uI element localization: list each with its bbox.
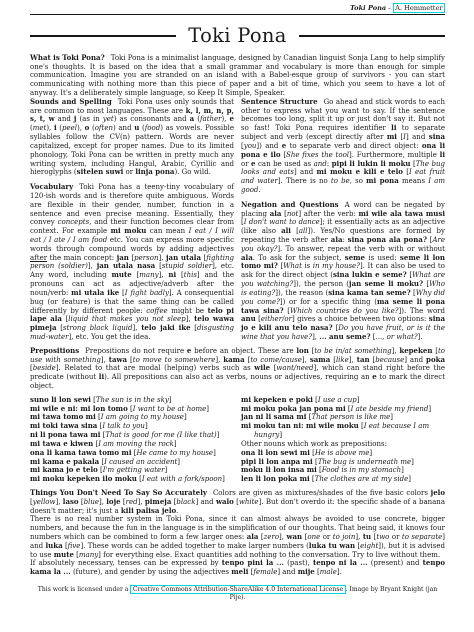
section-paragraph: VocabularyToki Pona has a teeny-tiny voc… [30,183,234,342]
text-segment: ] gives a choice between two options: [292,315,429,323]
running-header: Toki Pona - A. Hemmetter [30,3,445,14]
text-segment: stupid soldier [162,262,212,270]
text-segment: ona li lon sewi mi [241,448,310,457]
text-segment: Which countries do you like? [290,307,398,315]
text-segment: mi kepeken e poki [241,395,313,404]
text-segment: luka [45,541,62,550]
text-segment: jan [117,253,129,262]
text-segment: ], [138,498,145,506]
text-segment: mi wile e ni: mi lon tomo [30,404,128,413]
text-segment: ]. To answer, repeat the verb with or wi… [277,245,445,253]
prepositions-section: PrepositionsPrepositions do not require … [30,347,445,391]
text-segment: mi moku e kili e telo [317,167,403,176]
text-segment: ala [247,532,259,541]
text-segment: li [440,150,445,159]
text-segment: ], [88,262,97,270]
text-segment: male [320,568,337,576]
text-segment: mi kama e pakala [30,457,99,466]
text-segment: ]. Furthermore, multiple [349,151,440,159]
text-segment: I'm getting water [103,466,165,474]
text-segment: I don't want to dance [244,218,320,226]
text-segment: like [336,356,349,364]
text-segment: jelo [431,488,445,497]
text-segment: loje [106,497,120,506]
text-segment: ]. These words can be added together to … [80,542,308,550]
text-segment: ], [158,254,166,262]
text-segment: mi moku [111,226,147,235]
text-segment: ], [101,356,109,364]
text-segment: to come/cause [250,356,302,364]
text-segment: Prepositions do not require [85,347,187,355]
text-segment: ), [222,115,230,123]
text-segment: anu [241,314,256,323]
text-segment: Other nouns which work as prepositions: [241,440,387,448]
document-page: Toki Pona - A. Hemmetter Toki Pona What … [0,0,474,632]
text-segment: ] and [406,133,429,141]
text-segment: ] [428,405,431,413]
text-segment: ]) and [256,142,281,150]
text-segment: five [68,542,81,550]
text-segment: jan utala [166,253,201,262]
text-segment: That person is like me [311,413,390,421]
text-segment: and [314,160,327,168]
text-segment: many [79,551,98,559]
text-segment: The clothes are at my side [315,475,409,483]
section-paragraph: PrepositionsPrepositions do not require … [30,347,445,391]
text-segment: ] and [294,168,317,176]
text-segment: to separate [402,533,442,541]
text-segment: [ [291,227,299,235]
section-heading: Negation and Questions [241,200,339,209]
text-segment: ], [133,324,142,332]
text-segment: ]), the reason ( [275,289,328,297]
text-segment: What is in my house? [283,262,360,270]
text-segment: food [145,124,161,132]
title-rule-right [299,35,445,37]
text-segment: ]. There is no [278,177,331,185]
link[interactable]: Creative Commons Attribution-ShareAlike … [130,585,345,594]
text-segment: jan ni li sama mi [241,412,306,421]
text-segment: before an object. These are [191,347,296,355]
text-segment: ], [355,533,362,541]
text-segment: father [200,115,222,123]
license-footer: This work is licensed under a Creative C… [30,586,445,601]
text-segment: mute [54,550,74,559]
text-segment: I caused an accident [104,458,177,466]
text-segment: ] [184,413,187,421]
text-segment: laso [63,497,79,506]
header-rule [30,14,445,15]
text-segment: ala [331,235,343,244]
section-paragraph: If absolutely necessary, tenses can be e… [30,559,445,577]
text-segment: , so [350,177,366,185]
text-segment: lon [296,346,308,355]
text-segment: ala [241,253,253,262]
text-segment: ] [165,466,168,474]
text-segment: ] [357,396,360,404]
text-segment: ) as consonants and [114,115,190,123]
text-segment: met [33,124,47,132]
text-segment: moku li lon insa mi [241,465,317,474]
text-segment: mi [387,132,397,141]
text-segment: The bug is underneath me [318,458,411,466]
text-segment: kama [223,355,244,364]
section-heading: Prepositions [30,346,79,355]
text-segment: (present) and [368,559,423,567]
text-segment: telo jaki ike [141,323,190,332]
link[interactable]: A. Hemmetter [393,3,445,13]
text-segment: because [375,356,404,364]
text-segment: mi pona [366,176,399,185]
text-segment: mi moku tan ni: mi wile moku [241,421,359,430]
left-column: Sounds and SpellingToki Pona uses only s… [30,98,234,342]
page-title: Toki Pona [184,26,290,46]
text-segment: ). Go wild. [174,168,210,176]
text-segment: mute [112,270,132,279]
text-segment: ] for everything else. Exact quantities … [98,551,440,559]
text-segment: I fight badly [125,289,169,297]
text-segment: is used: [365,254,400,262]
section-paragraph: Sentence StructureGo ahead and stick wor… [241,98,445,195]
text-segment: walo [216,497,234,506]
text-segment: pipi li lon anpa mi [241,457,313,466]
text-segment: ], etc. You get the idea. [68,333,150,341]
text-segment: I eat with a fork/spoon [142,475,222,483]
text-segment: ni [168,270,176,279]
text-segment: mi moku kepeken ilo moku [30,474,137,483]
text-segment: If absolutely necessary, tenses can be e… [30,559,222,567]
text-segment: poka [426,355,445,364]
text-segment: ala [270,209,282,218]
text-segment: eight [360,542,378,550]
text-segment: peel [62,124,77,132]
section-paragraph: Negation and QuestionsA word can be nega… [241,201,445,342]
text-segment: I am moving the rock [98,440,174,448]
text-segment: ]). The word [399,307,445,315]
section-paragraph: Things You Don't Need To Say So Accurate… [30,489,445,515]
text-segment: ] [206,405,209,413]
text-segment: might be [168,307,208,315]
text-segment: ], [302,356,310,364]
section-heading: What is Toki Pona? [30,53,105,62]
text-segment: ). All prepositions can also act as verb… [104,373,372,381]
text-segment: jan utala nasa [97,261,155,270]
text-segment: ] [174,440,177,448]
text-segment: person [134,254,158,262]
text-segment: He came to my house [136,449,213,457]
two-column-body: Sounds and SpellingToki Pona uses only s… [30,98,445,342]
text-segment: one [307,533,320,541]
text-segment: ] and [404,356,426,364]
text-segment: female [253,568,277,576]
text-segment: ]. [418,333,423,341]
examples-right-column: mi kepeken e poki [I use a cup]mi moku p… [241,396,445,484]
text-segment: white [239,498,259,506]
text-segment: or [123,168,135,176]
text-segment: pipi li lukin li moku [332,159,411,168]
text-segment: The sun is in the sky [96,396,169,404]
text-segment: tu [363,532,371,541]
text-segment: ] [411,458,414,466]
text-segment: ] [390,413,393,421]
text-segment: seme [345,253,365,262]
text-segment: sina lukin e seme? [333,270,407,279]
text-segment: jan seme li moku? [349,279,423,288]
section-paragraph: There is no real number system in Toki P… [30,515,445,559]
text-segment: . [258,186,260,194]
examples-left-column: suno li lon sewi [The sun is in the sky]… [30,396,234,484]
text-segment: He is above me [315,449,370,457]
text-segment: kepeken [399,346,432,355]
text-segment: many [139,271,158,279]
text-segment: or [241,160,251,168]
text-segment: ] [401,466,404,474]
text-segment: I use a cup [318,396,357,404]
text-segment: linja pona [135,167,174,176]
text-segment: sama [310,355,330,364]
text-segment: black [176,498,195,506]
text-segment: ] after the verb: [298,210,358,218]
text-segment: sina kama tan seme? [328,288,410,297]
text-segment: tenpo ni la ... [313,558,368,567]
text-segment: She fixes the tool [286,151,349,159]
text-segment: ], [349,356,357,364]
text-segment: sitelen suwi [77,167,124,176]
text-segment: mi kama jo e telo [30,465,98,474]
example-line: mi moku tan ni: mi wile moku [I eat beca… [241,422,445,440]
text-segment: sina [429,132,445,141]
text-segment: means [399,177,428,185]
text-segment: . [176,507,178,515]
text-segment: all [299,227,308,235]
text-segment: can mean [146,227,188,235]
text-segment: coffee [146,307,167,315]
example-line: mi moku kepeken ilo moku [I eat with a f… [30,475,234,484]
text-segment: strong black liquid [63,324,133,332]
text-segment: ] and [277,568,297,576]
text-segment: this [184,271,197,279]
text-segment: either/or [261,315,292,323]
text-segment: concepts [58,218,90,226]
text-segment: ] [369,449,372,457]
text-segment: ] and [195,498,216,506]
text-segment: tawa [109,355,127,364]
text-segment: sina pona ala pona? [348,235,427,244]
text-segment: e [230,114,234,123]
text-segment: to be [331,177,350,185]
text-segment: I am going to my house [101,413,184,421]
text-segment: Toki Pona [350,4,386,12]
text-segment: - [386,4,392,12]
text-segment: tenpo pini la ... [222,558,284,567]
text-segment: mi wile ala tawa musi [359,209,445,218]
text-segment: ali [281,226,291,235]
text-segment: . To ask for the subject, [253,254,345,262]
text-segment: ni li pona tawa mi [30,430,100,439]
title-bar: Toki Pona [30,26,445,46]
text-segment: I want to be at home [133,405,207,413]
text-segment: wile [254,363,270,372]
text-segment: ... anu seme? [319,332,370,341]
section-heading: Sentence Structure [241,97,318,106]
text-segment: to separate verb and direct object: [286,142,422,150]
text-segment: mije [298,567,315,576]
text-segment: ] [177,458,180,466]
text-segment: I talk to you [102,422,145,430]
text-segment: ] [279,431,282,439]
text-segment: ona li kama tawa tomo mi [30,448,132,457]
text-segment: ], [159,271,169,279]
text-segment: luka tu wan [309,541,355,550]
text-segment: That is good for me (I like that) [105,431,216,439]
text-segment: Food is in my stomach [322,466,401,474]
text-segment: and [55,115,74,123]
text-segment: ], [56,498,63,506]
text-segment: mi moku poka jan pona mi [241,404,346,413]
text-segment: blue [84,498,99,506]
text-segment: to join [333,533,356,541]
text-segment: not [287,210,299,218]
text-segment: the main concept: [47,254,117,262]
text-segment: after [30,254,47,262]
text-segment: ), [77,124,85,132]
text-segment: ..., or what? [376,333,418,341]
text-segment: liquid that makes you not sleep [68,315,186,323]
text-segment: often [95,124,113,132]
section-paragraph: Sounds and SpellingToki Pona uses only s… [30,98,234,177]
text-segment: ] [145,422,148,430]
text-segment: beside [33,364,56,372]
text-segment: kili palisa jelo [121,506,176,515]
text-segment: meli [231,567,248,576]
text-segment: (future), and gender by using the adject… [71,568,232,576]
text-segment: wan [286,532,302,541]
accuracy-section: Things You Don't Need To Say So Accurate… [30,489,445,577]
text-segment: len li lon poka mi [241,474,310,483]
text-segment: ] [217,431,220,439]
text-segment: two [376,533,389,541]
text-segment: can be used as [256,160,314,168]
text-segment: (past), [284,559,313,567]
text-segment: zero [264,533,279,541]
text-segment: Colors are given as mixtures/shades of t… [213,489,431,497]
section-heading: Things You Don't Need To Say So Accurate… [30,488,207,497]
section-paragraph: What is Toki Pona?Toki Pona is a minimal… [30,54,445,98]
text-segment: ]) or for a specific thing ( [280,298,377,306]
text-segment: yellow [33,498,56,506]
text-segment: pimeja [145,497,171,506]
text-segment: mi tawa e kiwen [30,439,93,448]
title-rule-left [30,35,176,37]
text-segment: mi tawa tomo mi [30,412,96,421]
example-line: len li lon poka mi [The clothes are at m… [241,475,445,484]
text-segment: mi toki tawa sina [30,421,97,430]
text-segment: ] [169,396,172,404]
intro-section: What is Toki Pona?Toki Pona is a minimal… [30,54,445,98]
text-segment: ]. [337,568,342,576]
text-segment: to be in/at something [314,347,391,355]
text-segment: suno li lon sewi [30,395,91,404]
text-segment: [ [176,271,184,279]
text-segment: ]), the person ( [293,280,349,288]
text-segment: ] [213,449,216,457]
section-heading: Sounds and Spelling [30,97,112,106]
text-segment: want/need [276,364,313,372]
text-segment: or [389,533,402,541]
text-segment: ], [186,315,194,323]
text-segment: ] [408,475,411,483]
text-segment: ]. Related to that are modal (helping) v… [56,364,254,372]
section-heading: Vocabulary [30,182,73,191]
text-segment: to move to somewhere [133,356,216,364]
text-segment: tan [357,355,370,364]
text-segment: or [320,533,333,541]
text-segment: ) and [113,124,134,132]
text-segment: I ate beside my friend [351,405,429,413]
text-segment: ), [46,124,54,132]
example-sentences: suno li lon sewi [The sun is in the sky]… [30,396,445,484]
text-segment: mi utala ike [71,288,119,297]
text-segment: red [126,498,138,506]
text-segment: you [244,142,257,150]
text-segment: This work is licensed under a [38,586,131,593]
text-segment: ] [222,475,225,483]
text-segment: (as in [76,115,102,123]
text-segment: [ [155,262,162,270]
text-segment: yet [103,115,114,123]
right-column: Sentence StructureGo ahead and stick wor… [241,98,445,342]
